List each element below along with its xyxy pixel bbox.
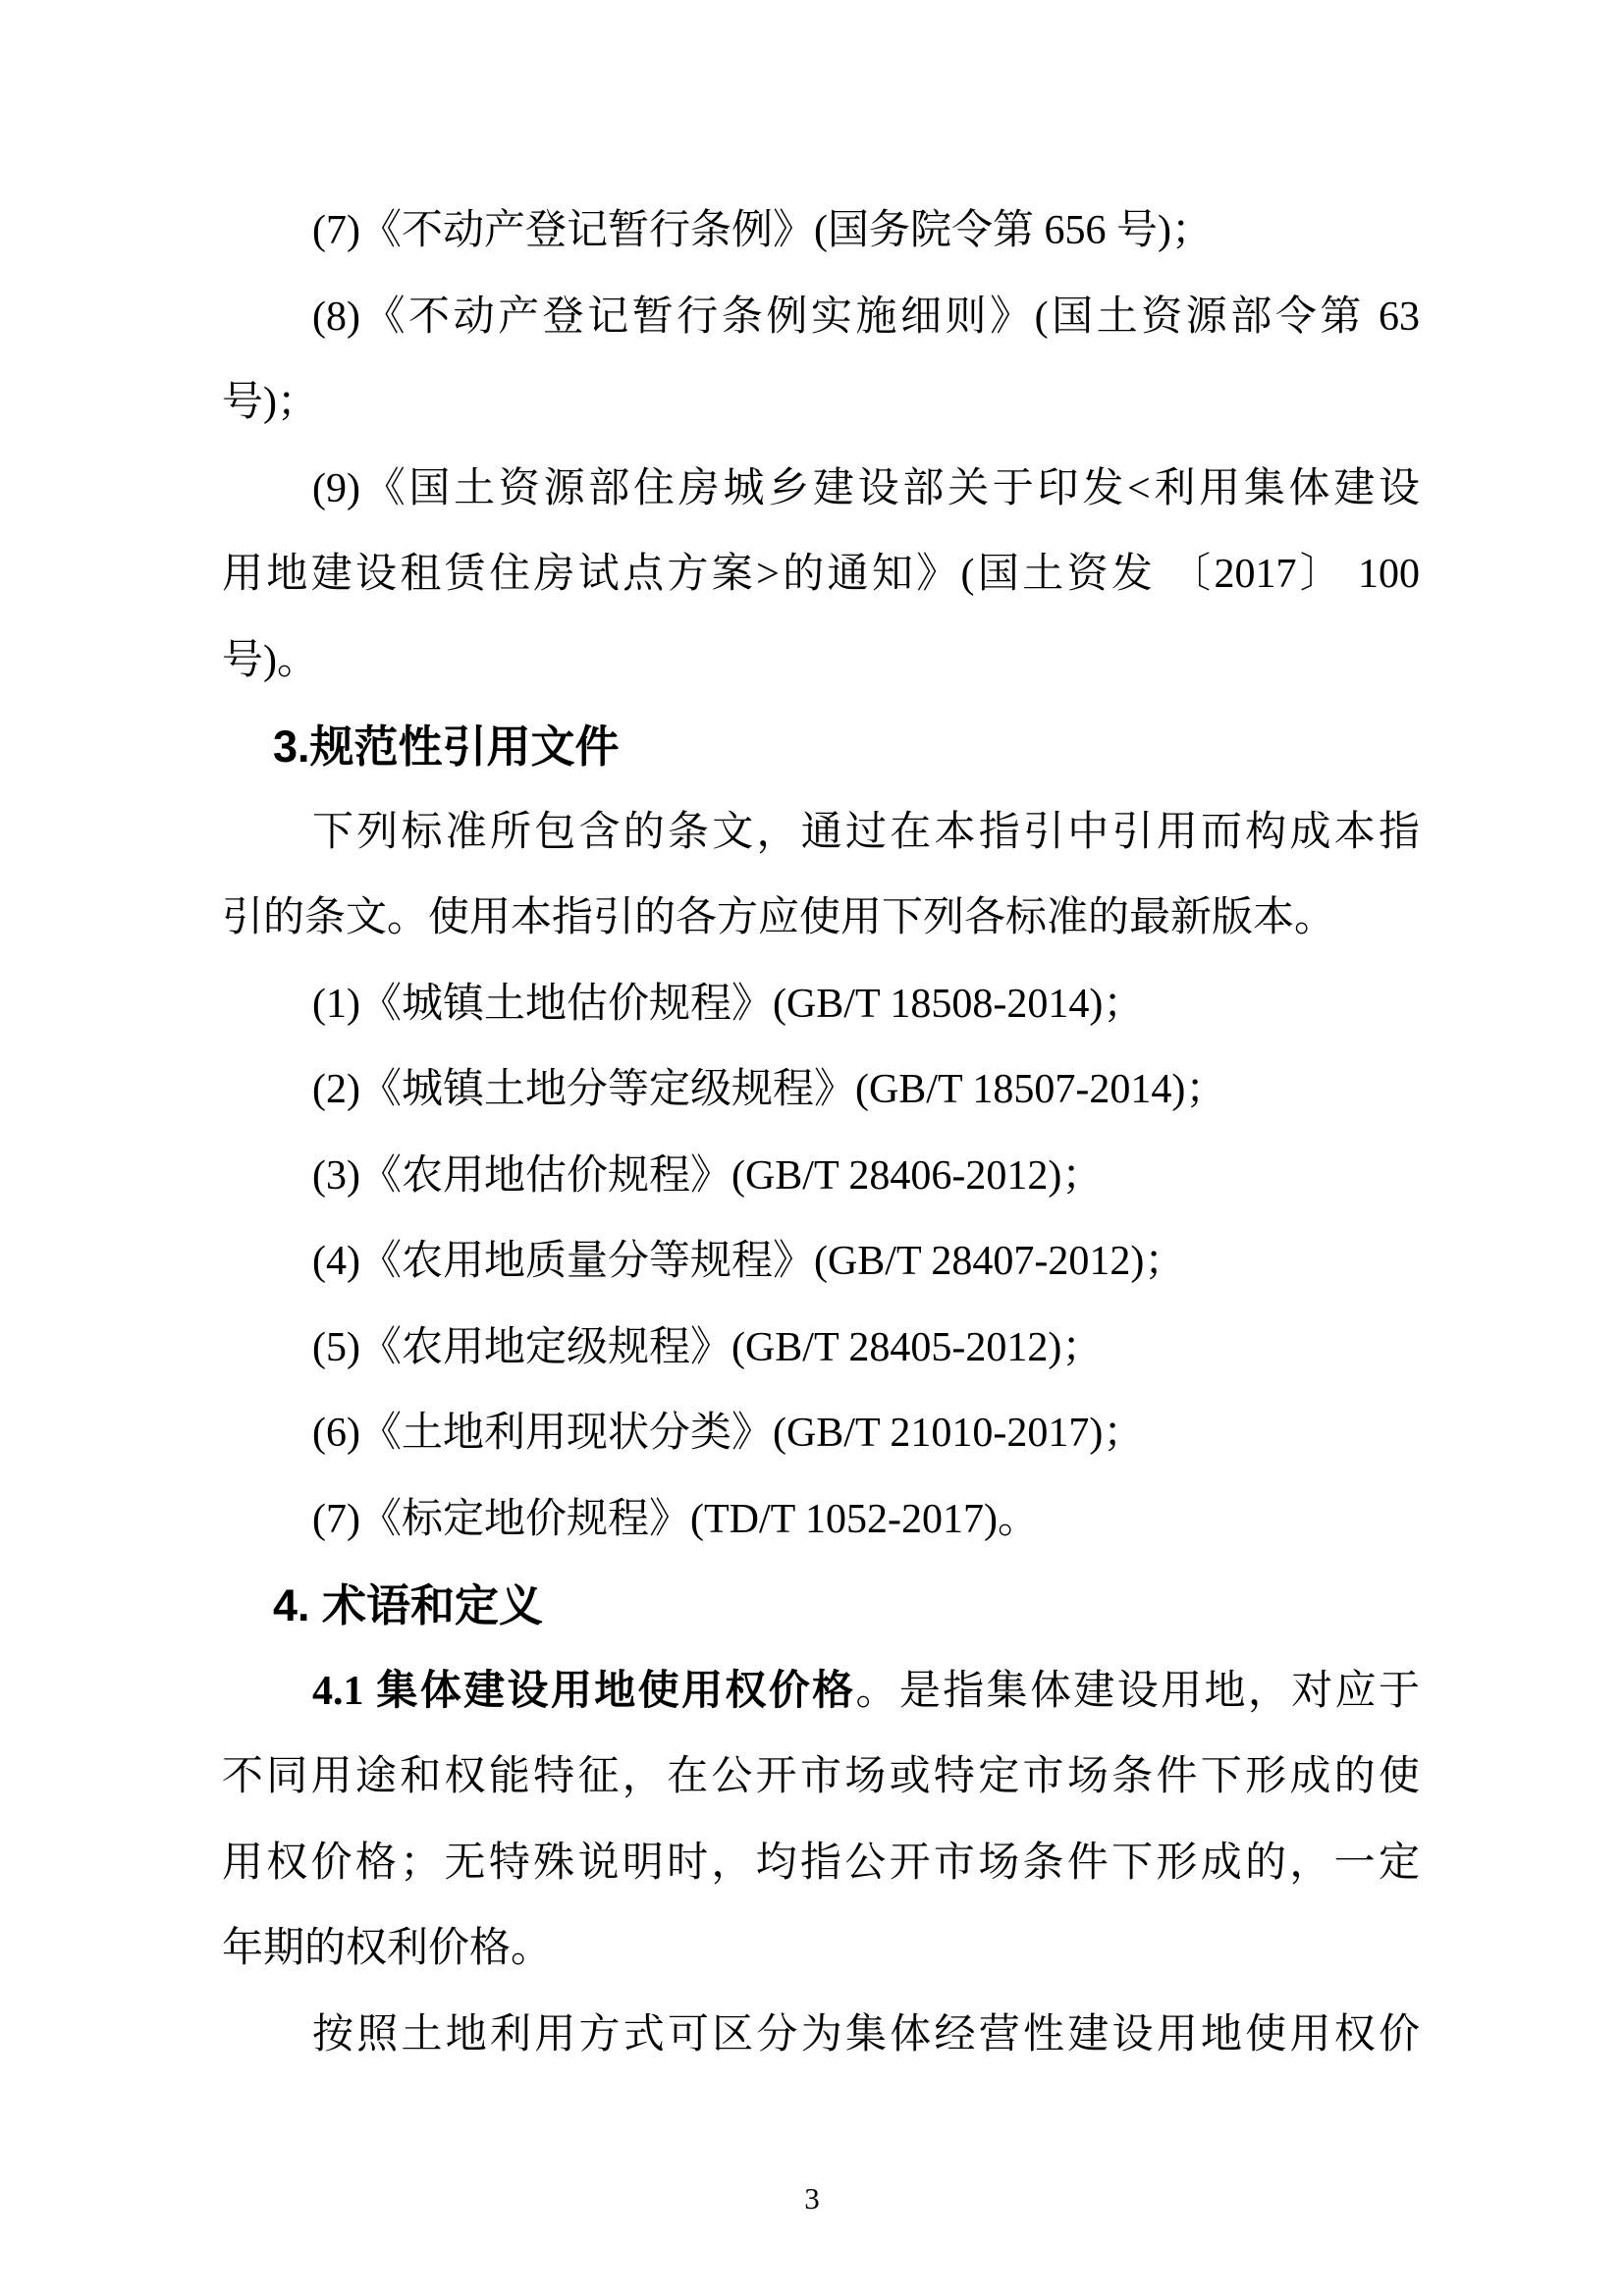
text-line: 4.1 集体建设用地使用权价格。是指集体建设用地，对应于 xyxy=(222,1649,1420,1735)
text-line: (1)《城镇土地估价规程》(GB/T 18508-2014)； xyxy=(222,962,1420,1048)
text-segment: 用地建设租赁住房试点方案>的通知》(国土资发 〔2017〕 100 xyxy=(222,552,1420,597)
text-line: (7)《标定地价规程》(TD/T 1052-2017)。 xyxy=(222,1477,1420,1564)
bold-text-segment: 4. 术语和定义 xyxy=(273,1580,543,1630)
text-segment: 按照土地利用方式可区分为集体经营性建设用地使用权价 xyxy=(312,2012,1420,2057)
text-line: (5)《农用地定级规程》(GB/T 28405-2012)； xyxy=(222,1306,1420,1392)
document-page: (7)《不动产登记暂行条例》(国务院令第 656 号)；(8)《不动产登记暂行条… xyxy=(0,0,1624,2296)
text-segment: 。是指集体建设用地，对应于 xyxy=(856,1669,1421,1714)
text-line: (4)《农用地质量分等规程》(GB/T 28407-2012)； xyxy=(222,1219,1420,1306)
text-segment: (8)《不动产登记暂行条例实施细则》(国土资源部令第 63 xyxy=(312,294,1420,340)
text-line: 不同用途和权能特征，在公开市场或特定市场条件下形成的使 xyxy=(222,1735,1420,1821)
text-segment: (7)《不动产登记暂行条例》(国务院令第 656 号)； xyxy=(312,208,1213,253)
text-line: 下列标准所包含的条文，通过在本指引中引用而构成本指 xyxy=(222,790,1420,877)
text-segment: 号)。 xyxy=(222,638,318,683)
text-line: (9)《国土资源部住房城乡建设部关于印发<利用集体建设 xyxy=(222,447,1420,533)
text-segment: 号)； xyxy=(222,380,318,425)
text-segment: (1)《城镇土地估价规程》(GB/T 18508-2014)； xyxy=(312,982,1144,1027)
text-line: 按照土地利用方式可区分为集体经营性建设用地使用权价 xyxy=(222,1993,1420,2079)
text-line: 引的条文。使用本指引的各方应使用下列各标准的最新版本。 xyxy=(222,876,1420,962)
section-heading: 4. 术语和定义 xyxy=(222,1563,1420,1649)
text-segment: (7)《标定地价规程》(TD/T 1052-2017)。 xyxy=(312,1497,1039,1542)
bold-text-segment: 4.1 集体建设用地使用权价格 xyxy=(312,1669,856,1714)
text-line: 号)。 xyxy=(222,618,1420,705)
text-segment: 用权价格；无特殊说明时，均指公开市场条件下形成的，一定 xyxy=(222,1841,1420,1886)
text-segment: (4)《农用地质量分等规程》(GB/T 28407-2012)； xyxy=(312,1239,1185,1284)
text-segment: (3)《农用地估价规程》(GB/T 28406-2012)； xyxy=(312,1153,1103,1199)
text-segment: 不同用途和权能特征，在公开市场或特定市场条件下形成的使 xyxy=(222,1754,1420,1799)
section-heading: 3.规范性引用文件 xyxy=(222,704,1420,790)
text-line: (7)《不动产登记暂行条例》(国务院令第 656 号)； xyxy=(222,188,1420,275)
text-line: 用地建设租赁住房试点方案>的通知》(国土资发 〔2017〕 100 xyxy=(222,532,1420,618)
text-segment: (5)《农用地定级规程》(GB/T 28405-2012)； xyxy=(312,1325,1103,1370)
text-line: 号)； xyxy=(222,360,1420,447)
text-segment: 下列标准所包含的条文，通过在本指引中引用而构成本指 xyxy=(312,810,1420,855)
text-line: 用权价格；无特殊说明时，均指公开市场条件下形成的，一定 xyxy=(222,1821,1420,1907)
text-segment: (9)《国土资源部住房城乡建设部关于印发<利用集体建设 xyxy=(312,466,1420,511)
document-body: (7)《不动产登记暂行条例》(国务院令第 656 号)；(8)《不动产登记暂行条… xyxy=(222,188,1420,2078)
text-line: 年期的权利价格。 xyxy=(222,1906,1420,1993)
text-line: (6)《土地利用现状分类》(GB/T 21010-2017)； xyxy=(222,1391,1420,1477)
text-segment: (2)《城镇土地分等定级规程》(GB/T 18507-2014)； xyxy=(312,1067,1226,1112)
text-line: (2)《城镇土地分等定级规程》(GB/T 18507-2014)； xyxy=(222,1047,1420,1134)
bold-text-segment: 3.规范性引用文件 xyxy=(273,721,620,772)
text-segment: (6)《土地利用现状分类》(GB/T 21010-2017)； xyxy=(312,1411,1144,1456)
text-segment: 年期的权利价格。 xyxy=(222,1926,552,1971)
text-line: (8)《不动产登记暂行条例实施细则》(国土资源部令第 63 xyxy=(222,275,1420,361)
text-line: (3)《农用地估价规程》(GB/T 28406-2012)； xyxy=(222,1134,1420,1220)
text-segment: 引的条文。使用本指引的各方应使用下列各标准的最新版本。 xyxy=(222,895,1335,940)
page-number: 3 xyxy=(0,2181,1624,2216)
